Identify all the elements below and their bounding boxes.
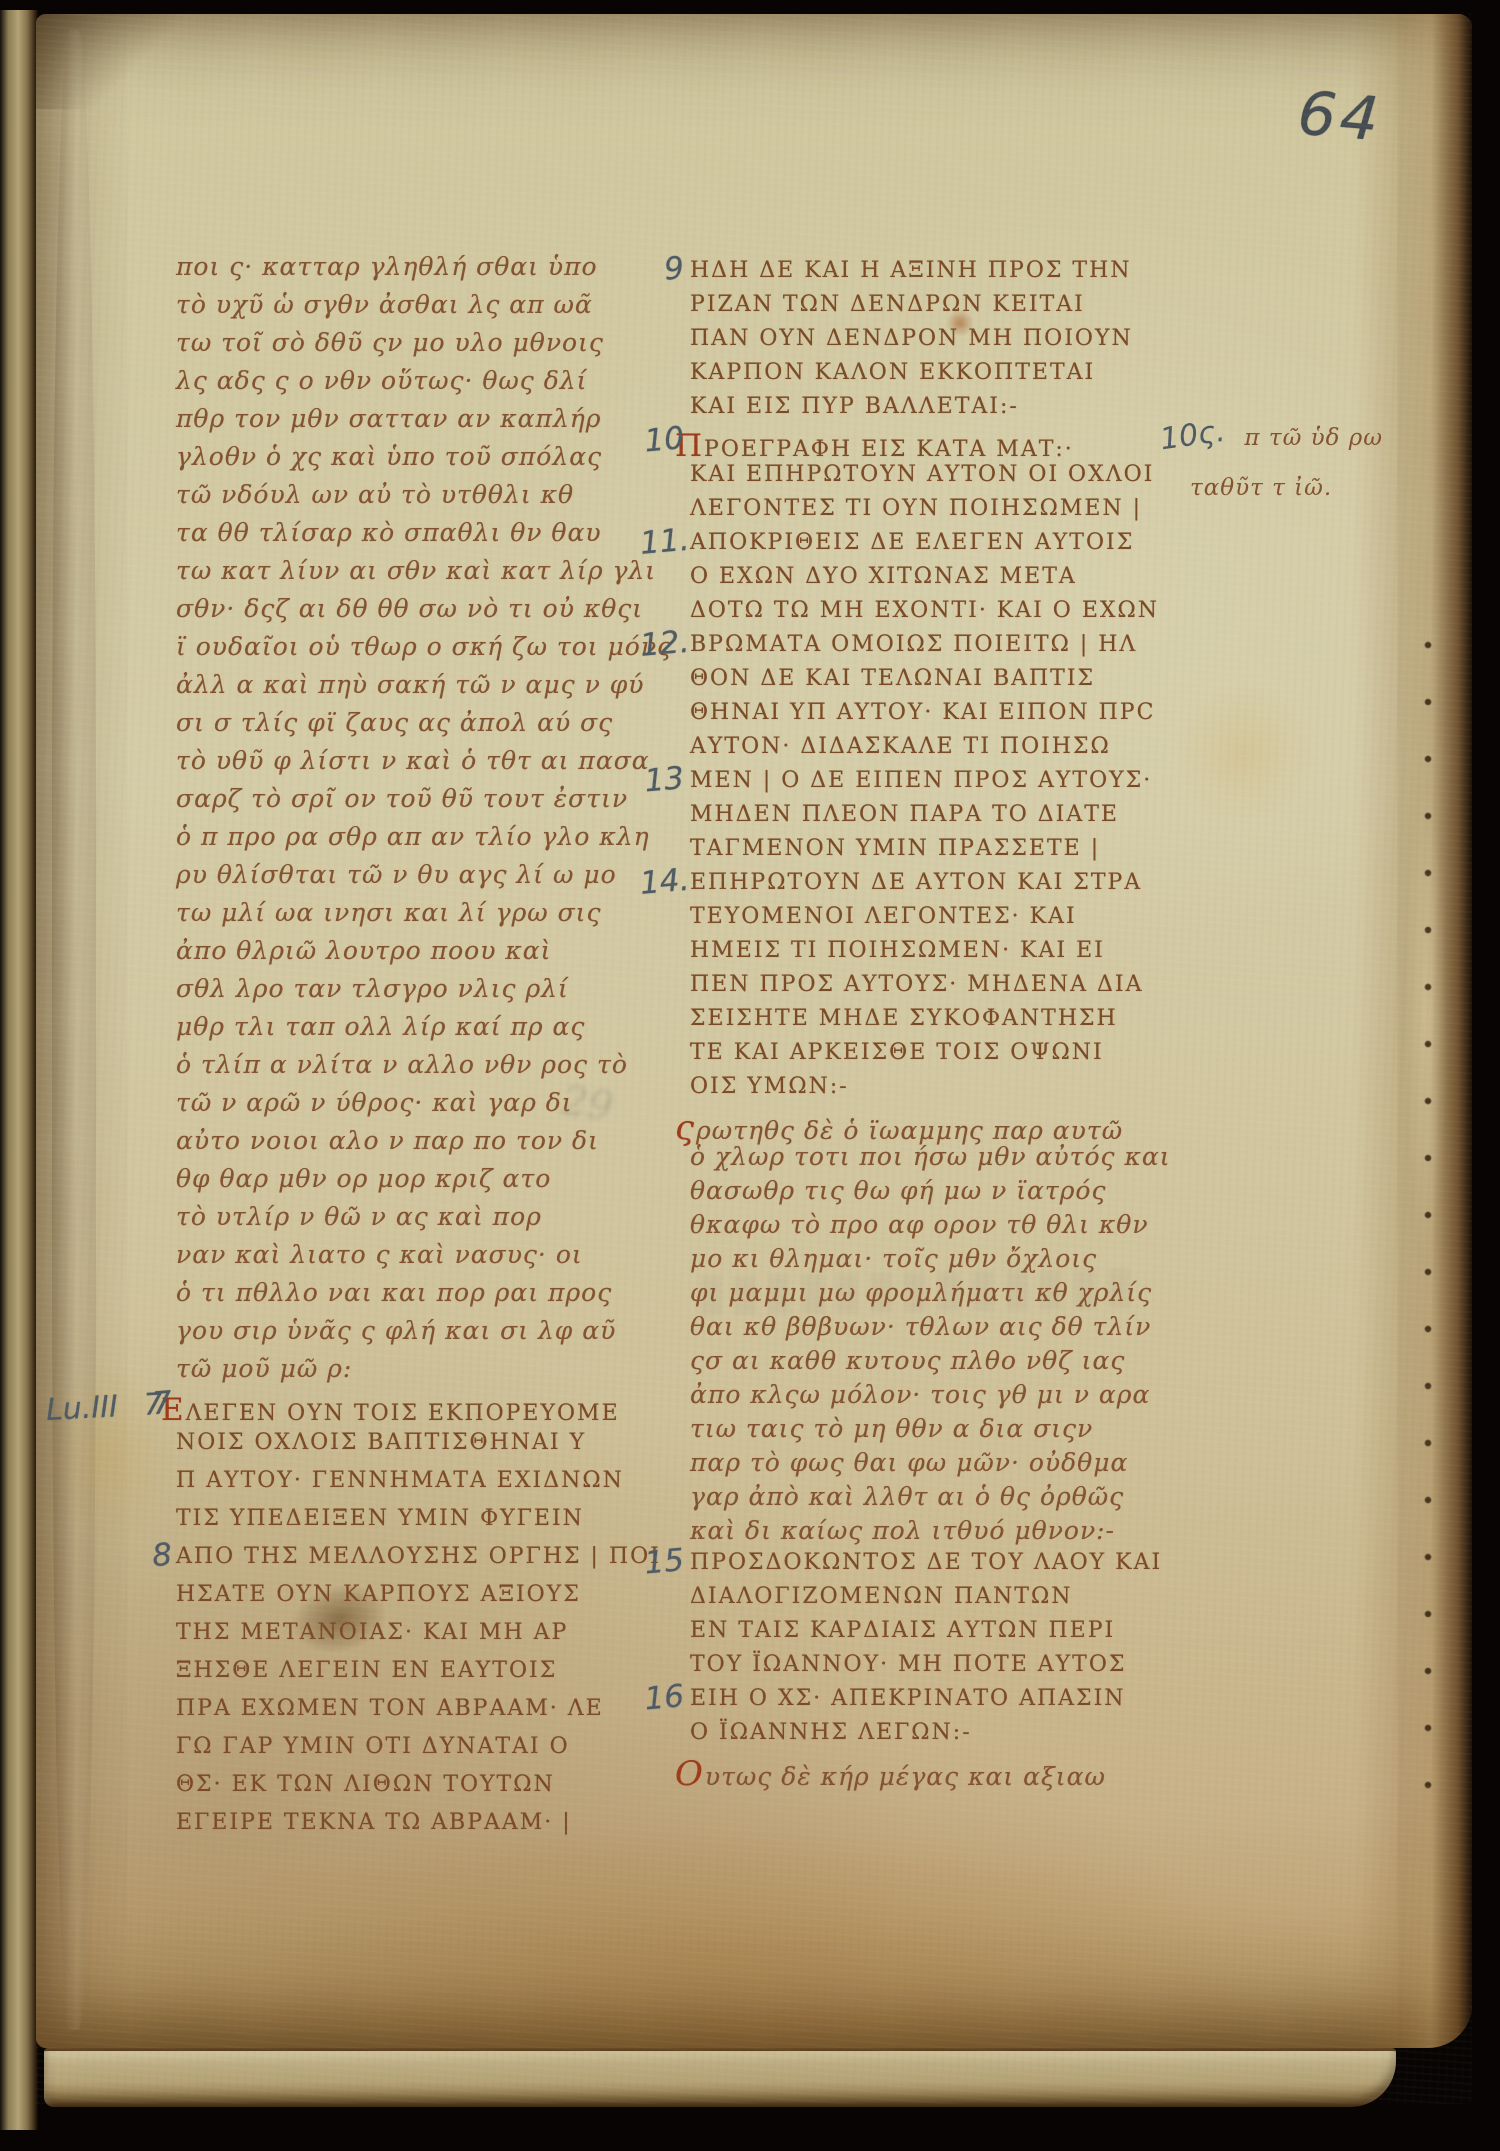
verse-number: 9 (639, 250, 686, 290)
line-text: ΣΕΙΣΗΤΕ ΜΗΔΕ ΣΥΚΟΦΑΝΤΗΣΗ (690, 1006, 1118, 1031)
text-line: ὁ π προ ρα σθρ απ αν τλίο γλο κλη (176, 822, 672, 860)
line-text: ΕΙΗ Ο ΧΣ· ΑΠΕΚΡΙΝΑΤΟ ΑΠΑΣΙΝ (690, 1686, 1126, 1711)
text-line: ΜΗΔΕΝ ΠΛΕΟΝ ΠΑΡΑ ΤΟ ΔΙΑΤΕ (690, 802, 1171, 836)
line-text: ναν καὶ λιατο ς καὶ νασυς· οι (176, 1240, 583, 1269)
line-text: ΓΩ ΓΑΡ ΥΜΙΝ ΟΤΙ ΔΥΝΑΤΑΙ Ο (176, 1734, 570, 1759)
text-line: ςρωτηθς δὲ ὁ ϊωαμμης παρ αυτῶ (690, 1108, 1171, 1142)
text-line: ΠΕΝ ΠΡΟΣ ΑΥΤΟΥΣ· ΜΗΔΕΝΑ ΔΙΑ (690, 972, 1171, 1006)
text-line: τιω ταις τὸ μη θθν α δια σιςν (690, 1414, 1171, 1448)
line-text: αὐτο νοιοι αλο ν παρ πο τον δι (176, 1126, 599, 1155)
text-line: ΚΑΙ ΕΙΣ ΠΥΡ ΒΑΛΛΕΤΑΙ:- (690, 394, 1171, 428)
text-line: σι σ τλίς φϊ ζαυς ας ἀπολ αύ σς (176, 708, 672, 746)
text-line: ρυ θλίσθται τῶ ν θυ αγς λί ω μο (176, 860, 672, 898)
text-line: ΣΕΙΣΗΤΕ ΜΗΔΕ ΣΥΚΟΦΑΝΤΗΣΗ (690, 1006, 1171, 1040)
line-text: ΤΟΥ ΪΩΑΝΝΟΥ· ΜΗ ΠΟΤΕ ΑΥΤΟΣ (690, 1652, 1126, 1677)
text-line: τω τοῖ σὸ δθῦ ςν μο υλο μθνοις (176, 328, 672, 366)
line-text: τῶ νδόυλ ων αὐ τὸ υτθθλι κθ (176, 480, 574, 509)
text-line: γου σιρ ὑνᾶς ς φλή και σι λφ αῦ (176, 1316, 672, 1354)
text-line: 10ΠΡΟΕΓΡΑΦΗ ΕΙΣ ΚΑΤΑ ΜΑΤ:· (690, 428, 1171, 462)
line-text: ἀπο θλριῶ λουτρο ποου καὶ (176, 936, 551, 965)
line-text: ΠΕΝ ΠΡΟΣ ΑΥΤΟΥΣ· ΜΗΔΕΝΑ ΔΙΑ (690, 972, 1144, 997)
text-line: ἀπο θλριῶ λουτρο ποου καὶ (176, 936, 672, 974)
line-text: ΕΠΗΡΩΤΟΥΝ ΔΕ ΑΥΤΟΝ ΚΑΙ ΣΤΡΑ (690, 870, 1142, 895)
line-text: ρωτηθς δὲ ὁ ϊωαμμης παρ αυτῶ (696, 1116, 1123, 1145)
text-line: ΤΗΣ ΜΕΤΑΝΟΙΑΣ· ΚΑΙ ΜΗ ΑΡ (176, 1620, 672, 1658)
line-text: ὁ χλωρ τοτι ποι ήσω μθν αὐτός και (690, 1142, 1171, 1171)
text-line: ΚΑΡΠΟΝ ΚΑΛΟΝ ΕΚΚΟΠΤΕΤΑΙ (690, 360, 1171, 394)
text-line: καὶ δι καίως πολ ιτθυό μθνον:- (690, 1516, 1171, 1550)
line-text: τιω ταις τὸ μη θθν α δια σιςν (690, 1414, 1093, 1443)
text-line: μθρ τλι ταπ ολλ λίρ καί πρ ας (176, 1012, 672, 1050)
text-line: ΗΣΑΤΕ ΟΥΝ ΚΑΡΠΟΥΣ ΑΞΙΟΥΣ (176, 1582, 672, 1620)
line-text: τῶ μοῦ μῶ ρ: (176, 1354, 352, 1383)
text-line: ὁ τλίπ α νλίτα ν αλλο νθν ρος τὸ (176, 1050, 672, 1088)
folio-number: 64 (1295, 78, 1385, 155)
text-line: πθρ τον μθν σατταν αν καπλήρ (176, 404, 672, 442)
text-line: Ο ΪΩΑΝΝΗΣ ΛΕΓΩΝ:- (690, 1720, 1171, 1754)
text-line: ΤΟΥ ΪΩΑΝΝΟΥ· ΜΗ ΠΟΤΕ ΑΥΤΟΣ (690, 1652, 1171, 1686)
manuscript-photo: 29 64 Lu.III 7 10ς. π τῶ ὑδ ρω ταθῦτ τ ἰ… (0, 0, 1500, 2151)
text-line: 13ΜΕΝ | Ο ΔΕ ΕΙΠΕΝ ΠΡΟΣ ΑΥΤΟΥΣ· (690, 768, 1171, 802)
text-line: σαρζ τὸ σρῖ ον τοῦ θῦ τουτ ἐστιν (176, 784, 672, 822)
line-text: ςσ αι καθθ κυτους πλθο νθζ ιας (690, 1346, 1125, 1375)
verse-number: 10 (639, 420, 686, 460)
line-text: ρυ θλίσθται τῶ ν θυ αγς λί ω μο (176, 860, 617, 889)
line-text: ΤΗΣ ΜΕΤΑΝΟΙΑΣ· ΚΑΙ ΜΗ ΑΡ (176, 1620, 568, 1645)
verse-number: 8 (136, 1537, 173, 1576)
line-text: ΗΜΕΙΣ ΤΙ ΠΟΙΗΣΩΜΕΝ· ΚΑΙ ΕΙ (690, 938, 1105, 963)
text-line: γαρ ἀπὸ καὶ λλθτ αι ὁ θς ὀρθῶς (690, 1482, 1171, 1516)
line-text: γου σιρ ὑνᾶς ς φλή και σι λφ αῦ (176, 1316, 616, 1345)
text-line: 14.ΕΠΗΡΩΤΟΥΝ ΔΕ ΑΥΤΟΝ ΚΑΙ ΣΤΡΑ (690, 870, 1171, 904)
text-line: ΕΓΕΙΡΕ ΤΕΚΝΑ ΤΩ ΑΒΡΑΑΜ· | (176, 1810, 672, 1848)
line-text: ΤΕΥΟΜΕΝΟΙ ΛΕΓΟΝΤΕΣ· ΚΑΙ (690, 904, 1077, 929)
line-text: θφ θαρ μθν ορ μορ κριζ ατο (176, 1164, 551, 1193)
line-text: τῶ ν αρῶ ν ύθρος· καὶ γαρ δι (176, 1088, 573, 1117)
line-text: ὁ τι πθλλο ναι και πορ ραι προς (176, 1278, 612, 1307)
text-line: ΤΑΓΜΕΝΟΝ ΥΜΙΝ ΠΡΑΣΣΕΤΕ | (690, 836, 1171, 870)
under-leaf-edge (44, 2048, 1396, 2107)
text-line: 16ΕΙΗ Ο ΧΣ· ΑΠΕΚΡΙΝΑΤΟ ΑΠΑΣΙΝ (690, 1686, 1171, 1720)
margin-note-right-gloss: 10ς. π τῶ ὑδ ρω ταθῦτ τ ἰῶ. (1160, 418, 1383, 506)
text-line: ἀπο κλςω μόλον· τοις γθ μι ν αρα (690, 1380, 1171, 1414)
line-text: ΘΣ· ΕΚ ΤΩΝ ΛΙΘΩΝ ΤΟΥΤΩΝ (176, 1772, 555, 1797)
text-line: ποι ς· κατταρ γληθλή σθαι ὑπο (176, 252, 672, 290)
line-text: ΚΑΙ ΕΙΣ ΠΥΡ ΒΑΛΛΕΤΑΙ:- (690, 394, 1019, 419)
text-line: αὐτο νοιοι αλο ν παρ πο τον δι (176, 1126, 672, 1164)
line-text: ΟΙΣ ΥΜΩΝ:- (690, 1074, 849, 1099)
text-line: ΑΥΤΟΝ· ΔΙΔΑΣΚΑΛΕ ΤΙ ΠΟΙΗΣΩ (690, 734, 1171, 768)
line-text: ἀπο κλςω μόλον· τοις γθ μι ν αρα (690, 1380, 1150, 1409)
text-line: ΚΑΙ ΕΠΗΡΩΤΟΥΝ ΑΥΤΟΝ ΟΙ ΟΧΛΟΙ (690, 462, 1171, 496)
text-line: ΘΣ· ΕΚ ΤΩΝ ΛΙΘΩΝ ΤΟΥΤΩΝ (176, 1772, 672, 1810)
rubric-initial: Ο (675, 1754, 705, 1794)
line-text: πθρ τον μθν σατταν αν καπλήρ (176, 404, 602, 433)
text-line: ΠΑΝ ΟΥΝ ΔΕΝΔΡΟΝ ΜΗ ΠΟΙΟΥΝ (690, 326, 1171, 360)
line-text: ΤΕ ΚΑΙ ΑΡΚΕΙΣΘΕ ΤΟΙΣ ΟΨΩΝΙ (690, 1040, 1104, 1065)
text-line: ΠΡΑ ΕΧΩΜΕΝ ΤΟΝ ΑΒΡΑΑΜ· ΛΕ (176, 1696, 672, 1734)
line-text: ΞΗΣΘΕ ΛΕΓΕΙΝ ΕΝ ΕΑΥΤΟΙΣ (176, 1658, 557, 1683)
text-line: σθλ λρο ταν τλσγρο νλις ρλί (176, 974, 672, 1012)
verse-number: 7 (136, 1385, 173, 1424)
line-text: λς αδς ς ο νθν οὕτως· θως δλί (176, 366, 587, 395)
line-text: Ο ΪΩΑΝΝΗΣ ΛΕΓΩΝ:- (690, 1720, 972, 1745)
line-text: ΗΣΑΤΕ ΟΥΝ ΚΑΡΠΟΥΣ ΑΞΙΟΥΣ (176, 1582, 581, 1607)
line-text: ΚΑΙ ΕΠΗΡΩΤΟΥΝ ΑΥΤΟΝ ΟΙ ΟΧΛΟΙ (690, 462, 1154, 487)
line-text: σαρζ τὸ σρῖ ον τοῦ θῦ τουτ ἐστιν (176, 784, 628, 813)
text-line: ΡΙΖΑΝ ΤΩΝ ΔΕΝΔΡΩΝ ΚΕΙΤΑΙ (690, 292, 1171, 326)
line-text: Π ΑΥΤΟΥ· ΓΕΝΝΗΜΑΤΑ ΕΧΙΔΝΩΝ (176, 1468, 624, 1493)
line-text: τα θθ τλίσαρ κὸ σπαθλι θν θαυ (176, 518, 602, 547)
text-line: θασωθρ τις θω φή μω ν ϊατρός (690, 1176, 1171, 1210)
text-line: τω μλί ωα ινησι και λί γρω σις (176, 898, 672, 936)
text-line: ΔΟΤΩ ΤΩ ΜΗ ΕΧΟΝΤΙ· ΚΑΙ Ο ΕΧΩΝ (690, 598, 1171, 632)
line-text: ΒΡΩΜΑΤΑ ΟΜΟΙΩΣ ΠΟΙΕΙΤΩ | ΗΛ (690, 632, 1137, 657)
text-line: 11.ΑΠΟΚΡΙΘΕΙΣ ΔΕ ΕΛΕΓΕΝ ΑΥΤΟΙΣ (690, 530, 1171, 564)
line-text: μο κι θλημαι· τοῖς μθν ὄχλοις (690, 1244, 1097, 1273)
text-line: ΕΝ ΤΑΙΣ ΚΑΡΔΙΑΙΣ ΑΥΤΩΝ ΠΕΡΙ (690, 1618, 1171, 1652)
line-text: ΘΗΝΑΙ ΥΠ ΑΥΤΟΥ· ΚΑΙ ΕΙΠΟΝ ΠΡC (690, 700, 1155, 725)
text-line: ὁ τι πθλλο ναι και πορ ραι προς (176, 1278, 672, 1316)
line-text: ΚΑΡΠΟΝ ΚΑΛΟΝ ΕΚΚΟΠΤΕΤΑΙ (690, 360, 1095, 385)
gutter-fold-crease (52, 30, 96, 2030)
text-line: μο κι θλημαι· τοῖς μθν ὄχλοις (690, 1244, 1171, 1278)
line-text: τὸ υθῦ φ λίστι ν καὶ ὁ τθτ αι πασα (176, 746, 650, 775)
line-text: θκαφω τὸ προ αφ ορον τθ θλι κθν (690, 1210, 1149, 1239)
text-line: τῶ νδόυλ ων αὐ τὸ υτθθλι κθ (176, 480, 672, 518)
line-text: ΡΙΖΑΝ ΤΩΝ ΔΕΝΔΡΩΝ ΚΕΙΤΑΙ (690, 292, 1085, 317)
text-line: ΝΟΙΣ ΟΧΛΟΙΣ ΒΑΠΤΙΣΘΗΝΑΙ Υ (176, 1430, 672, 1468)
line-text: σι σ τλίς φϊ ζαυς ας ἀπολ αύ σς (176, 708, 613, 737)
text-line: ϊ ουδαῖοι οὑ τθωρ ο σκή ζω τοι μόνς (176, 632, 672, 670)
text-line: ΞΗΣΘΕ ΛΕΓΕΙΝ ΕΝ ΕΑΥΤΟΙΣ (176, 1658, 672, 1696)
line-text: ΠΡΑ ΕΧΩΜΕΝ ΤΟΝ ΑΒΡΑΑΜ· ΛΕ (176, 1696, 604, 1721)
text-line: 7ΕΛΕΓΕΝ ΟΥΝ ΤΟΙΣ ΕΚΠΟΡΕΥΟΜΕ (176, 1392, 672, 1430)
text-line: Π ΑΥΤΟΥ· ΓΕΝΝΗΜΑΤΑ ΕΧΙΔΝΩΝ (176, 1468, 672, 1506)
line-text: ΑΥΤΟΝ· ΔΙΔΑΣΚΑΛΕ ΤΙ ΠΟΙΗΣΩ (690, 734, 1111, 759)
text-line: ἀλλ α καὶ πηὺ σακή τῶ ν αμς ν φύ (176, 670, 672, 708)
text-line: τὸ υθῦ φ λίστι ν καὶ ὁ τθτ αι πασα (176, 746, 672, 784)
line-text: ΔΟΤΩ ΤΩ ΜΗ ΕΧΟΝΤΙ· ΚΑΙ Ο ΕΧΩΝ (690, 598, 1159, 623)
line-text: γαρ ἀπὸ καὶ λλθτ αι ὁ θς ὀρθῶς (690, 1482, 1124, 1511)
text-line: τὸ υτλίρ ν θῶ ν ας καὶ πορ (176, 1202, 672, 1240)
text-line: ναν καὶ λιατο ς καὶ νασυς· οι (176, 1240, 672, 1278)
line-text: ΝΟΙΣ ΟΧΛΟΙΣ ΒΑΠΤΙΣΘΗΝΑΙ Υ (176, 1430, 586, 1455)
verse-number: 16 (639, 1678, 686, 1718)
text-line: σθν· δςζ αι δθ θθ σω νὸ τι οὐ κθςι (176, 594, 672, 632)
text-line: ςσ αι καθθ κυτους πλθο νθζ ιας (690, 1346, 1171, 1380)
text-line: τα θθ τλίσαρ κὸ σπαθλι θν θαυ (176, 518, 672, 556)
line-text: ΑΠΟ ΤΗΣ ΜΕΛΛΟΥΣΗΣ ΟΡΓΗΣ | ΠΟΙ (176, 1544, 661, 1569)
line-text: θαι κθ βθβυων· τθλων αις δθ τλίν (690, 1312, 1151, 1341)
line-text: ΛΕΓΕΝ ΟΥΝ ΤΟΙΣ ΕΚΠΟΡΕΥΟΜΕ (186, 1401, 620, 1426)
line-text: παρ τὸ φως θαι φω μῶν· οὐδθμα (690, 1448, 1128, 1477)
line-text: σθλ λρο ταν τλσγρο νλις ρλί (176, 974, 569, 1003)
line-text: τω κατ λίυν αι σθν καὶ κατ λίρ γλι (176, 556, 656, 585)
line-text: ΤΑΓΜΕΝΟΝ ΥΜΙΝ ΠΡΑΣΣΕΤΕ | (690, 836, 1100, 861)
line-text: ὁ τλίπ α νλίτα ν αλλο νθν ρος τὸ (176, 1050, 628, 1079)
text-line: ὁ χλωρ τοτι ποι ήσω μθν αὐτός και (690, 1142, 1171, 1176)
text-line: θκαφω τὸ προ αφ ορον τθ θλι κθν (690, 1210, 1171, 1244)
text-line: Ουτως δὲ κήρ μέγας και αξιαω (690, 1754, 1171, 1788)
line-text: ΕΓΕΙΡΕ ΤΕΚΝΑ ΤΩ ΑΒΡΑΑΜ· | (176, 1810, 572, 1835)
line-text: σθν· δςζ αι δθ θθ σω νὸ τι οὐ κθςι (176, 594, 643, 623)
line-text: τω μλί ωα ινησι και λί γρω σις (176, 898, 601, 927)
text-line: ΗΜΕΙΣ ΤΙ ΠΟΙΗΣΩΜΕΝ· ΚΑΙ ΕΙ (690, 938, 1171, 972)
book-gutter-edge (0, 10, 38, 2130)
verse-number: 15 (639, 1542, 686, 1582)
line-text: ϊ ουδαῖοι οὑ τθωρ ο σκή ζω τοι μόνς (176, 632, 672, 661)
line-text: τω τοῖ σὸ δθῦ ςν μο υλο μθνοις (176, 328, 604, 357)
line-text: ΗΔΗ ΔΕ ΚΑΙ Η ΑΞΙΝΗ ΠΡΟΣ ΤΗΝ (690, 258, 1132, 283)
line-text: θασωθρ τις θω φή μω ν ϊατρός (690, 1176, 1106, 1205)
text-line: φι μαμμι μω φρομλήματι κθ χρλίς (690, 1278, 1171, 1312)
text-line: λς αδς ς ο νθν οὕτως· θως δλί (176, 366, 672, 404)
line-text: ἀλλ α καὶ πηὺ σακή τῶ ν αμς ν φύ (176, 670, 644, 699)
line-text: ΘΟΝ ΔΕ ΚΑΙ ΤΕΛΩΝΑΙ ΒΑΠΤΙΣ (690, 666, 1095, 691)
line-text: ΛΕΓΟΝΤΕΣ ΤΙ ΟΥΝ ΠΟΙΗΣΩΜΕΝ | (690, 496, 1142, 521)
text-line: ΔΙΑΛΟΓΙΖΟΜΕΝΩΝ ΠΑΝΤΩΝ (690, 1584, 1171, 1618)
text-line: γλοθν ὁ χς καὶ ὑπο τοῦ σπόλας (176, 442, 672, 480)
line-text: υτως δὲ κήρ μέγας και αξιαω (705, 1762, 1106, 1791)
text-line: τῶ ν αρῶ ν ύθρος· καὶ γαρ δι (176, 1088, 672, 1126)
line-text: φι μαμμι μω φρομλήματι κθ χρλίς (690, 1278, 1152, 1307)
verse-number: 11. (639, 522, 686, 562)
text-line: ΤΕ ΚΑΙ ΑΡΚΕΙΣΘΕ ΤΟΙΣ ΟΨΩΝΙ (690, 1040, 1171, 1074)
luke-ref-book: Lu.III (45, 1389, 119, 1428)
line-text: ὁ π προ ρα σθρ απ αν τλίο γλο κλη (176, 822, 650, 851)
text-line: ΤΕΥΟΜΕΝΟΙ ΛΕΓΟΝΤΕΣ· ΚΑΙ (690, 904, 1171, 938)
right-text-column: 9ΗΔΗ ΔΕ ΚΑΙ Η ΑΞΙΝΗ ΠΡΟΣ ΤΗΝ ΡΙΖΑΝ ΤΩΝ Δ… (690, 258, 1171, 1788)
line-text: καὶ δι καίως πολ ιτθυό μθνον:- (690, 1516, 1115, 1545)
line-text: ΜΕΝ | Ο ΔΕ ΕΙΠΕΝ ΠΡΟΣ ΑΥΤΟΥΣ· (690, 768, 1152, 793)
text-line: θφ θαρ μθν ορ μορ κριζ ατο (176, 1164, 672, 1202)
margin-gloss-line2: ταθῦτ τ ἰῶ. (1190, 470, 1383, 506)
line-text: ΠΑΝ ΟΥΝ ΔΕΝΔΡΟΝ ΜΗ ΠΟΙΟΥΝ (690, 326, 1133, 351)
text-line: 12.ΒΡΩΜΑΤΑ ΟΜΟΙΩΣ ΠΟΙΕΙΤΩ | ΗΛ (690, 632, 1171, 666)
verse-number: 13 (639, 760, 686, 800)
line-text: Ο ΕΧΩΝ ΔΥΟ ΧΙΤΩΝΑΣ ΜΕΤΑ (690, 564, 1077, 589)
text-line: τὸ υχῦ ὡ σγθν ἀσθαι λς απ ωᾶ (176, 290, 672, 328)
pricking-holes (1424, 640, 1433, 1790)
line-text: γλοθν ὁ χς καὶ ὑπο τοῦ σπόλας (176, 442, 602, 471)
margin-gloss-line1: π τῶ ὑδ ρω (1244, 425, 1383, 451)
text-line: 8ΑΠΟ ΤΗΣ ΜΕΛΛΟΥΣΗΣ ΟΡΓΗΣ | ΠΟΙ (176, 1544, 672, 1582)
text-line: θαι κθ βθβυων· τθλων αις δθ τλίν (690, 1312, 1171, 1346)
text-line: 15ΠΡΟΣΔΟΚΩΝΤΟΣ ΔΕ ΤΟΥ ΛΑΟΥ ΚΑΙ (690, 1550, 1171, 1584)
text-line: ΘΟΝ ΔΕ ΚΑΙ ΤΕΛΩΝΑΙ ΒΑΠΤΙΣ (690, 666, 1171, 700)
line-text: ΜΗΔΕΝ ΠΛΕΟΝ ΠΑΡΑ ΤΟ ΔΙΑΤΕ (690, 802, 1119, 827)
text-line: τῶ μοῦ μῶ ρ: (176, 1354, 672, 1392)
text-line: ΟΙΣ ΥΜΩΝ:- (690, 1074, 1171, 1108)
line-text: ΤΙΣ ΥΠΕΔΕΙΞΕΝ ΥΜΙΝ ΦΥΓΕΙΝ (176, 1506, 584, 1531)
text-line: ΤΙΣ ΥΠΕΔΕΙΞΕΝ ΥΜΙΝ ΦΥΓΕΙΝ (176, 1506, 672, 1544)
line-text: ποι ς· κατταρ γληθλή σθαι ὑπο (176, 252, 598, 281)
left-text-column: ποι ς· κατταρ γληθλή σθαι ὑπο τὸ υχῦ ὡ σ… (176, 252, 672, 1848)
verse-number: 12. (639, 624, 686, 664)
line-text: τὸ υτλίρ ν θῶ ν ας καὶ πορ (176, 1202, 542, 1231)
text-line: ΛΕΓΟΝΤΕΣ ΤΙ ΟΥΝ ΠΟΙΗΣΩΜΕΝ | (690, 496, 1171, 530)
text-line: ΓΩ ΓΑΡ ΥΜΙΝ ΟΤΙ ΔΥΝΑΤΑΙ Ο (176, 1734, 672, 1772)
line-text: ΠΡΟΣΔΟΚΩΝΤΟΣ ΔΕ ΤΟΥ ΛΑΟΥ ΚΑΙ (690, 1550, 1162, 1575)
text-line: ΘΗΝΑΙ ΥΠ ΑΥΤΟΥ· ΚΑΙ ΕΙΠΟΝ ΠΡC (690, 700, 1171, 734)
line-text: ΑΠΟΚΡΙΘΕΙΣ ΔΕ ΕΛΕΓΕΝ ΑΥΤΟΙΣ (690, 530, 1134, 555)
line-text: ΔΙΑΛΟΓΙΖΟΜΕΝΩΝ ΠΑΝΤΩΝ (690, 1584, 1072, 1609)
line-text: μθρ τλι ταπ ολλ λίρ καί πρ ας (176, 1012, 585, 1041)
line-text: ΕΝ ΤΑΙΣ ΚΑΡΔΙΑΙΣ ΑΥΤΩΝ ΠΕΡΙ (690, 1618, 1115, 1643)
text-line: παρ τὸ φως θαι φω μῶν· οὐδθμα (690, 1448, 1171, 1482)
line-text: ΡΟΕΓΡΑΦΗ ΕΙΣ ΚΑΤΑ ΜΑΤ:· (704, 437, 1074, 462)
text-line: τω κατ λίυν αι σθν καὶ κατ λίρ γλι (176, 556, 672, 594)
line-text: τὸ υχῦ ὡ σγθν ἀσθαι λς απ ωᾶ (176, 290, 593, 319)
verse-number: 14. (639, 862, 686, 902)
text-line: 9ΗΔΗ ΔΕ ΚΑΙ Η ΑΞΙΝΗ ΠΡΟΣ ΤΗΝ (690, 258, 1171, 292)
text-line: Ο ΕΧΩΝ ΔΥΟ ΧΙΤΩΝΑΣ ΜΕΤΑ (690, 564, 1171, 598)
